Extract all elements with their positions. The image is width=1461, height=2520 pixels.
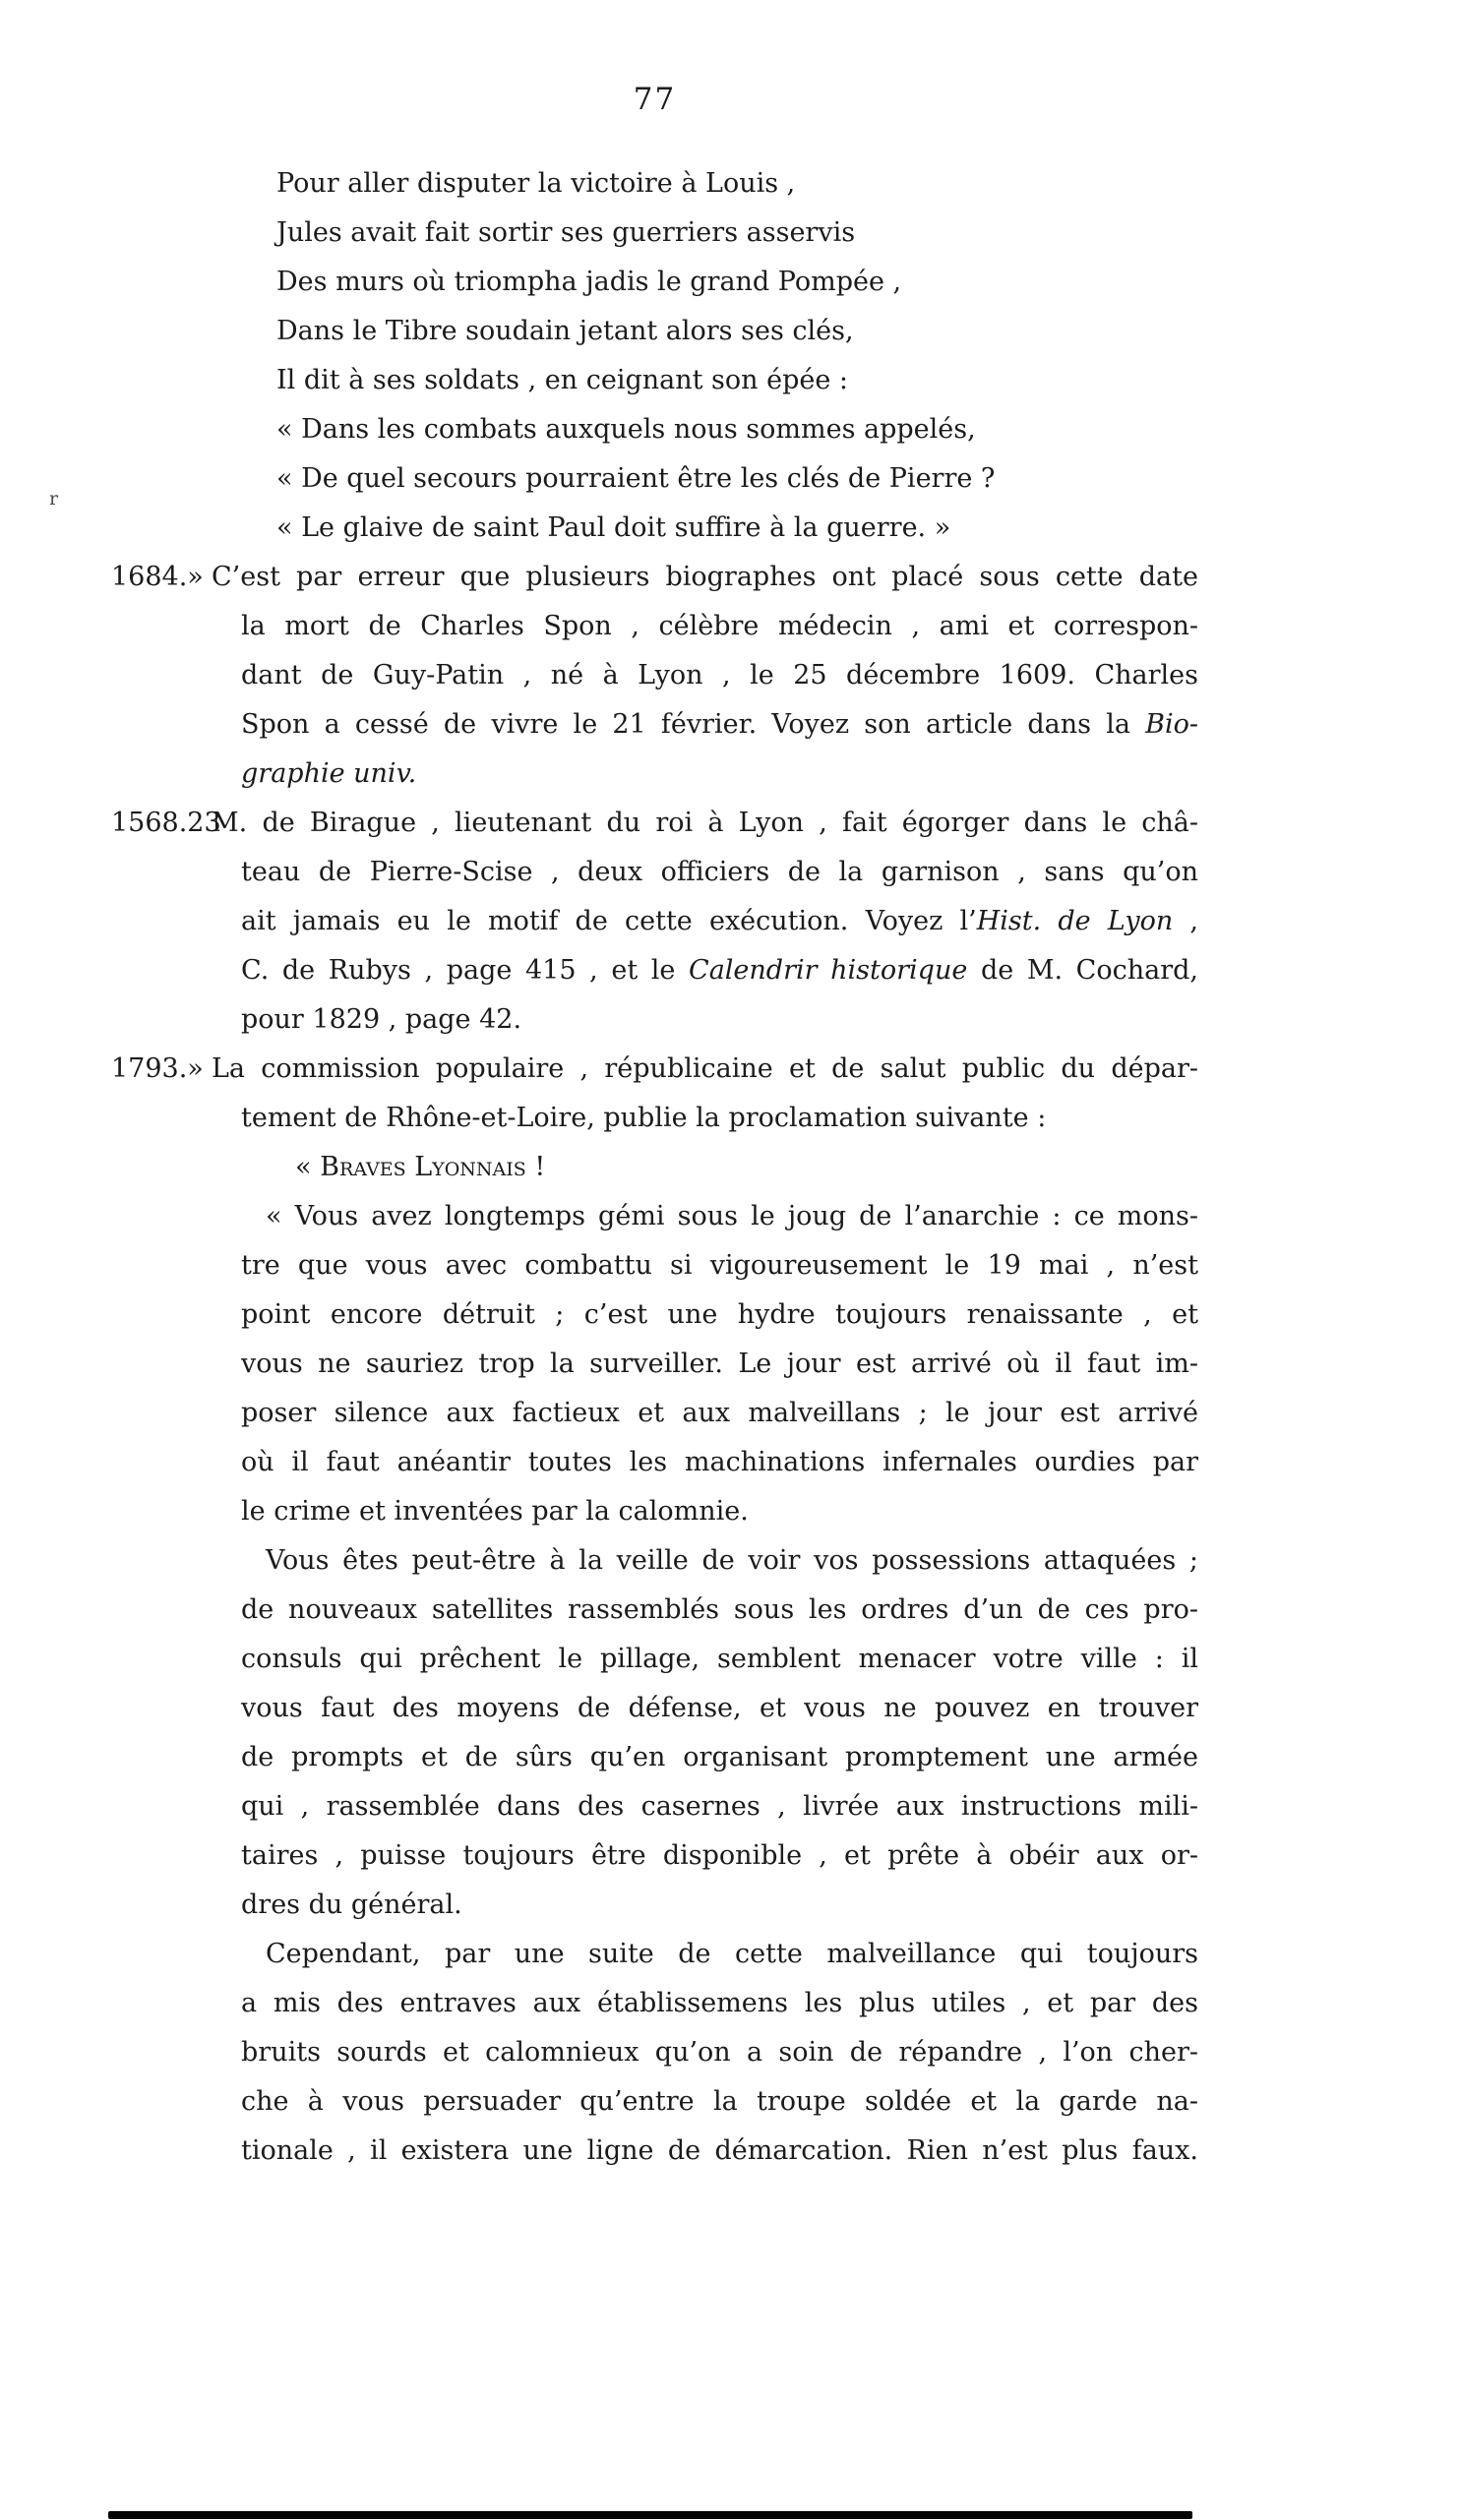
poem-line: Pour aller disputer la victoire à Louis …	[276, 159, 1198, 209]
text-segment: point encore détruit ; c’est une hydre t…	[241, 1299, 1198, 1330]
text-segment: !	[526, 1152, 545, 1182]
book-page-scan: 77 Pour aller disputer la victoire à Lou…	[0, 0, 1461, 2520]
text-line: a mis des entraves aux établissemens les…	[241, 1979, 1198, 2028]
text-segment: ,	[1173, 906, 1198, 936]
text-line: C. de Rubys , page 415 , et le Calendrir…	[241, 946, 1198, 995]
text-segment: où il faut anéantir toutes les machinati…	[241, 1447, 1198, 1477]
text-line: C’est par erreur que plusieurs biographe…	[212, 553, 1198, 602]
text-line: où il faut anéantir toutes les machinati…	[241, 1438, 1198, 1487]
text-segment: poser silence aux factieux et aux malvei…	[241, 1398, 1198, 1428]
scan-edge-bar	[108, 2511, 1192, 2519]
poem-line: « De quel secours pourraient être les cl…	[276, 454, 1198, 504]
entry-day-mark: »	[187, 1045, 204, 1094]
entry-row: 1684.»C’est par erreur que plusieurs bio…	[111, 553, 1198, 799]
text-segment: bruits sourds et calomnieux qu’on a soin…	[241, 2037, 1198, 2068]
text-segment: «	[295, 1152, 320, 1182]
entry-margin: 1568.23	[111, 799, 212, 1045]
text-line: qui , rassemblée dans des casernes , liv…	[241, 1782, 1198, 1831]
text-line: tement de Rhône-et-Loire, publie la proc…	[241, 1094, 1198, 1143]
text-segment: Cependant, par une suite de cette malvei…	[266, 1939, 1198, 1969]
text-line: teau de Pierre-Scise , deux officiers de…	[241, 848, 1198, 897]
text-line: dres du général.	[241, 1881, 1198, 1930]
text-segment: teau de Pierre-Scise , deux officiers de…	[241, 857, 1198, 887]
text-line: poser silence aux factieux et aux malvei…	[241, 1389, 1198, 1438]
text-segment: tionale , il existera une ligne de démar…	[241, 2135, 1198, 2166]
text-segment: de M. Cochard,	[967, 955, 1198, 986]
text-segment: consuls qui prêchent le pillage, semblen…	[241, 1644, 1198, 1674]
text-line: le crime et inventées par la calomnie.	[241, 1487, 1198, 1536]
entry-margin: 1684.»	[111, 553, 212, 799]
text-segment: de prompts et de sûrs qu’en organisant p…	[241, 1742, 1198, 1772]
text-line: de prompts et de sûrs qu’en organisant p…	[241, 1733, 1198, 1782]
text-segment: pour 1829 , page 42.	[241, 1004, 521, 1035]
entry-row: 1568.23M. de Birague , lieutenant du roi…	[111, 799, 1198, 1045]
text-segment: tre que vous avec combattu si vigoureuse…	[241, 1250, 1198, 1281]
poem: Pour aller disputer la victoire à Louis …	[276, 159, 1198, 553]
text-line: de nouveaux satellites rassemblés sous l…	[241, 1586, 1198, 1635]
text-segment: C’est par erreur que plusieurs biographe…	[212, 562, 1198, 592]
poem-line: « Dans les combats auxquels nous sommes …	[276, 405, 1198, 454]
text-segment: La commission populaire , républicaine e…	[212, 1053, 1198, 1084]
text-segment: Vous êtes peut-être à la veille de voir …	[266, 1545, 1198, 1576]
text-segment: « Vous avez longtemps gémi sous le joug …	[266, 1201, 1198, 1231]
entry-year: 1793.	[111, 1045, 187, 1094]
text-line: pour 1829 , page 42.	[241, 995, 1198, 1045]
text-line: La commission populaire , républicaine e…	[212, 1045, 1198, 1094]
text-segment: Bio-	[1145, 709, 1198, 740]
entry-body: C’est par erreur que plusieurs biographe…	[212, 553, 1198, 799]
text-segment: Calendrir historique	[689, 955, 967, 986]
poem-line: Il dit à ses soldats , en ceignant son é…	[276, 356, 1198, 405]
text-line: consuls qui prêchent le pillage, semblen…	[241, 1635, 1198, 1684]
chronicle-entries: 1684.»C’est par erreur que plusieurs bio…	[111, 553, 1198, 2176]
poem-line: Dans le Tibre soudain jetant alors ses c…	[276, 307, 1198, 356]
text-line: « Vous avez longtemps gémi sous le joug …	[266, 1192, 1198, 1241]
entry-year: 1684.	[111, 553, 187, 602]
poem-line: « Le glaive de saint Paul doit suffire à…	[276, 504, 1198, 553]
text-line: la mort de Charles Spon , célèbre médeci…	[241, 602, 1198, 651]
text-segment: Braves Lyonnais	[320, 1152, 526, 1182]
text-segment: ait jamais eu le motif de cette exécutio…	[241, 906, 977, 936]
text-line: dant de Guy-Patin , né à Lyon , le 25 dé…	[241, 651, 1198, 700]
text-segment: le crime et inventées par la calomnie.	[241, 1496, 749, 1527]
text-line: Spon a cessé de vivre le 21 février. Voy…	[241, 700, 1198, 750]
text-segment: a mis des entraves aux établissemens les…	[241, 1988, 1198, 2018]
text-line: Cependant, par une suite de cette malvei…	[266, 1930, 1198, 1979]
text-line: ait jamais eu le motif de cette exécutio…	[241, 897, 1198, 946]
poem-line: Jules avait fait sortir ses guerriers as…	[276, 209, 1198, 258]
text-segment: de nouveaux satellites rassemblés sous l…	[241, 1594, 1198, 1625]
entry-body: La commission populaire , républicaine e…	[212, 1045, 1198, 2176]
scan-artifact-mark: r	[49, 490, 58, 509]
text-line: point encore détruit ; c’est une hydre t…	[241, 1290, 1198, 1340]
entry-margin: 1793.»	[111, 1045, 212, 2176]
text-line: Vous êtes peut-être à la veille de voir …	[266, 1536, 1198, 1586]
page-number: 77	[111, 75, 1198, 124]
text-segment: Spon a cessé de vivre le 21 février. Voy…	[241, 709, 1145, 740]
text-line: che à vous persuader qu’entre la troupe …	[241, 2077, 1198, 2127]
text-line: taires , puisse toujours être disponible…	[241, 1831, 1198, 1881]
entry-row: 1793.»La commission populaire , républic…	[111, 1045, 1198, 2176]
entry-day-mark: »	[187, 553, 204, 602]
text-segment: M. de Birague , lieutenant du roi à Lyon…	[212, 808, 1198, 838]
text-line: tre que vous avec combattu si vigoureuse…	[241, 1241, 1198, 1290]
text-line: M. de Birague , lieutenant du roi à Lyon…	[212, 799, 1198, 848]
text-line: bruits sourds et calomnieux qu’on a soin…	[241, 2028, 1198, 2077]
text-segment: dant de Guy-Patin , né à Lyon , le 25 dé…	[241, 660, 1198, 690]
text-segment: vous ne sauriez trop la surveiller. Le j…	[241, 1349, 1198, 1379]
text-segment: che à vous persuader qu’entre la troupe …	[241, 2086, 1198, 2117]
text-line: graphie univ.	[241, 750, 1198, 799]
text-segment: graphie univ.	[241, 758, 416, 789]
text-segment: vous faut des moyens de défense, et vous…	[241, 1693, 1198, 1723]
text-segment: taires , puisse toujours être disponible…	[241, 1840, 1198, 1871]
poem-line: Des murs où triompha jadis le grand Pomp…	[276, 258, 1198, 307]
text-line: vous faut des moyens de défense, et vous…	[241, 1684, 1198, 1733]
entry-year: 1568.	[111, 799, 187, 848]
text-segment: qui , rassemblée dans des casernes , liv…	[241, 1791, 1198, 1822]
text-segment: la mort de Charles Spon , célèbre médeci…	[241, 611, 1198, 641]
text-line: « Braves Lyonnais !	[295, 1143, 1198, 1192]
page-content: Pour aller disputer la victoire à Louis …	[111, 159, 1198, 2176]
text-line: vous ne sauriez trop la surveiller. Le j…	[241, 1340, 1198, 1389]
text-segment: tement de Rhône-et-Loire, publie la proc…	[241, 1103, 1046, 1133]
text-segment: Hist. de Lyon	[977, 906, 1173, 936]
text-segment: C. de Rubys , page 415 , et le	[241, 955, 689, 986]
text-segment: dres du général.	[241, 1890, 462, 1920]
text-line: tionale , il existera une ligne de démar…	[241, 2127, 1198, 2176]
entry-body: M. de Birague , lieutenant du roi à Lyon…	[212, 799, 1198, 1045]
